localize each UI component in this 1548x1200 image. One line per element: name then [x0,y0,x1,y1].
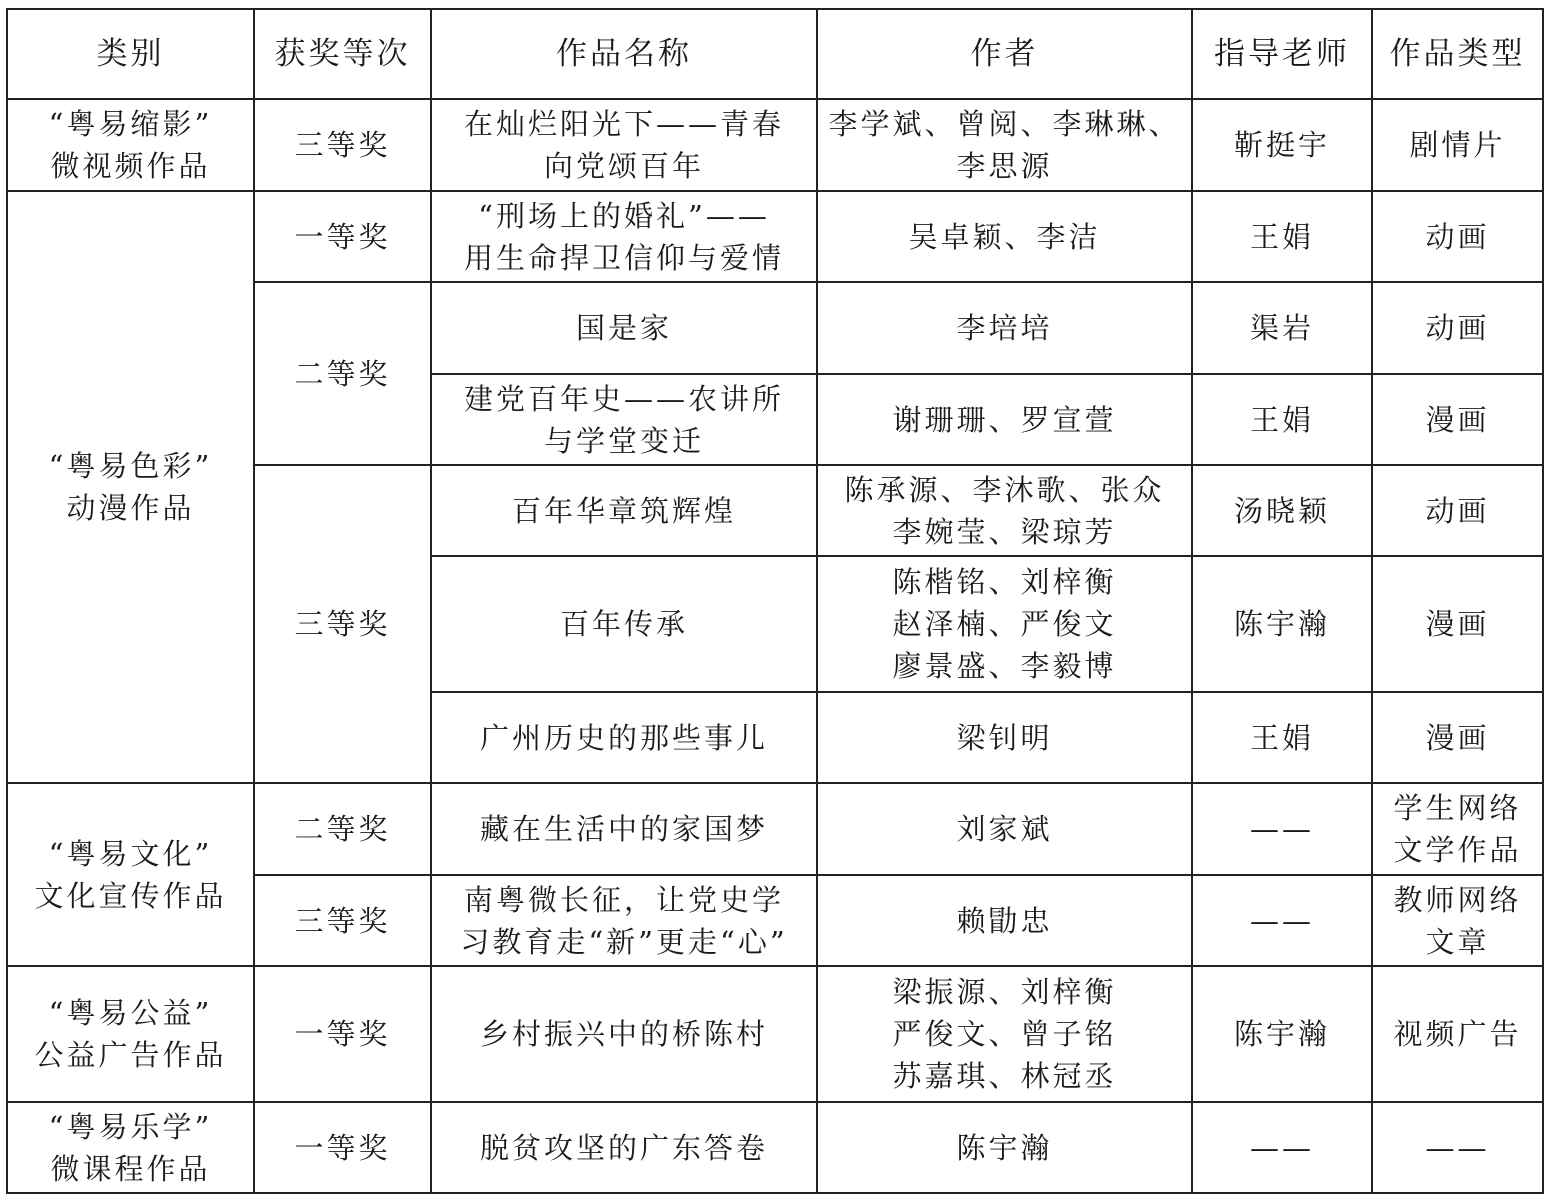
type-line: 动画 [1377,307,1538,349]
title-cell: 脱贫攻坚的广东答卷 [431,1102,817,1193]
authors-line: 陈楷铭、刘梓衡 [822,561,1187,603]
table-row: “粤易文化” 文化宣传作品 二等奖 藏在生活中的家国梦 刘家斌 —— 学生网络 … [7,783,1543,875]
title-line: 藏在生活中的家国梦 [436,808,812,850]
header-award: 获奖等次 [254,9,431,99]
authors-line: 梁钊明 [822,717,1187,759]
award-cell: 二等奖 [254,282,431,465]
advisor-cell: —— [1192,875,1372,966]
title-cell: 在灿烂阳光下——青春 向党颂百年 [431,99,817,191]
authors-cell: 赖勖忠 [817,875,1192,966]
type-line: 漫画 [1377,717,1538,759]
authors-cell: 陈宇瀚 [817,1102,1192,1193]
authors-line: 廖景盛、李毅博 [822,645,1187,687]
type-line: 文章 [1377,921,1538,963]
authors-line: 谢珊珊、罗宣萱 [822,399,1187,441]
authors-cell: 李学斌、曾阅、李琳琳、 李思源 [817,99,1192,191]
type-cell: —— [1372,1102,1543,1193]
award-cell: 三等奖 [254,875,431,966]
title-line: “刑场上的婚礼”—— [436,195,812,237]
authors-cell: 李培培 [817,282,1192,374]
title-cell: “刑场上的婚礼”—— 用生命捍卫信仰与爱情 [431,191,817,282]
authors-line: 刘家斌 [822,808,1187,850]
title-cell: 藏在生活中的家国梦 [431,783,817,875]
type-line: 教师网络 [1377,879,1538,921]
authors-cell: 陈承源、李沐歌、张众 李婉莹、梁琼芳 [817,465,1192,556]
type-line: 动画 [1377,216,1538,258]
header-category: 类别 [7,9,254,99]
title-line: 百年华章筑辉煌 [436,490,812,532]
type-cell: 漫画 [1372,692,1543,783]
title-cell: 百年华章筑辉煌 [431,465,817,556]
category-line: “粤易公益” [12,992,249,1034]
advisor-cell: —— [1192,1102,1372,1193]
title-line: 百年传承 [436,603,812,645]
advisor-cell: 汤晓颖 [1192,465,1372,556]
advisor-cell: 陈宇瀚 [1192,556,1372,692]
authors-cell: 刘家斌 [817,783,1192,875]
authors-line: 陈承源、李沐歌、张众 [822,469,1187,511]
category-line: 动漫作品 [12,487,249,529]
authors-line: 吴卓颖、李洁 [822,216,1187,258]
award-cell: 一等奖 [254,191,431,282]
authors-line: 李思源 [822,145,1187,187]
title-line: 建党百年史——农讲所 [436,378,812,420]
authors-line: 严俊文、曾子铭 [822,1013,1187,1055]
advisor-cell: 靳挺宇 [1192,99,1372,191]
title-line: 向党颂百年 [436,145,812,187]
header-row: 类别 获奖等次 作品名称 作者 指导老师 作品类型 [7,9,1543,99]
type-cell: 教师网络 文章 [1372,875,1543,966]
table-row: “粤易公益” 公益广告作品 一等奖 乡村振兴中的桥陈村 梁振源、刘梓衡 严俊文、… [7,966,1543,1102]
title-line: 广州历史的那些事儿 [436,717,812,759]
category-line: “粤易乐学” [12,1106,249,1148]
authors-line: 李培培 [822,307,1187,349]
title-line: 脱贫攻坚的广东答卷 [436,1127,812,1169]
advisor-cell: 王娟 [1192,191,1372,282]
type-line: —— [1377,1127,1538,1169]
type-line: 剧情片 [1377,124,1538,166]
authors-cell: 吴卓颖、李洁 [817,191,1192,282]
authors-cell: 谢珊珊、罗宣萱 [817,374,1192,465]
category-line: 公益广告作品 [12,1034,249,1076]
category-line: “粤易文化” [12,833,249,875]
table-row: “粤易乐学” 微课程作品 一等奖 脱贫攻坚的广东答卷 陈宇瀚 —— —— [7,1102,1543,1193]
advisor-cell: 渠岩 [1192,282,1372,374]
type-line: 漫画 [1377,603,1538,645]
title-line: 南粤微长征，让党史学 [436,879,812,921]
category-line: “粤易缩影” [12,103,249,145]
category-line: “粤易色彩” [12,445,249,487]
award-cell: 三等奖 [254,99,431,191]
type-cell: 动画 [1372,191,1543,282]
type-line: 动画 [1377,490,1538,532]
awards-table: 类别 获奖等次 作品名称 作者 指导老师 作品类型 “粤易缩影” 微视频作品 三… [6,8,1544,1194]
category-cell: “粤易文化” 文化宣传作品 [7,783,254,966]
type-cell: 剧情片 [1372,99,1543,191]
authors-cell: 陈楷铭、刘梓衡 赵泽楠、严俊文 廖景盛、李毅博 [817,556,1192,692]
authors-line: 李婉莹、梁琼芳 [822,511,1187,553]
advisor-cell: 王娟 [1192,374,1372,465]
header-advisor: 指导老师 [1192,9,1372,99]
header-title: 作品名称 [431,9,817,99]
category-line: 文化宣传作品 [12,875,249,917]
type-line: 漫画 [1377,399,1538,441]
table-row: “粤易缩影” 微视频作品 三等奖 在灿烂阳光下——青春 向党颂百年 李学斌、曾阅… [7,99,1543,191]
category-cell: “粤易公益” 公益广告作品 [7,966,254,1102]
type-cell: 动画 [1372,465,1543,556]
category-cell: “粤易色彩” 动漫作品 [7,191,254,783]
type-cell: 漫画 [1372,556,1543,692]
authors-cell: 梁钊明 [817,692,1192,783]
authors-line: 陈宇瀚 [822,1127,1187,1169]
authors-cell: 梁振源、刘梓衡 严俊文、曾子铭 苏嘉琪、林冠丞 [817,966,1192,1102]
award-cell: 一等奖 [254,1102,431,1193]
title-line: 习教育走“新”更走“心” [436,921,812,963]
advisor-cell: 陈宇瀚 [1192,966,1372,1102]
type-cell: 学生网络 文学作品 [1372,783,1543,875]
category-cell: “粤易乐学” 微课程作品 [7,1102,254,1193]
header-type: 作品类型 [1372,9,1543,99]
title-line: 在灿烂阳光下——青春 [436,103,812,145]
category-line: 微课程作品 [12,1148,249,1190]
award-cell: 二等奖 [254,783,431,875]
category-line: 微视频作品 [12,145,249,187]
authors-line: 赖勖忠 [822,900,1187,942]
header-authors: 作者 [817,9,1192,99]
award-cell: 一等奖 [254,966,431,1102]
title-cell: 国是家 [431,282,817,374]
advisor-cell: 王娟 [1192,692,1372,783]
award-cell: 三等奖 [254,465,431,783]
title-line: 国是家 [436,307,812,349]
type-cell: 漫画 [1372,374,1543,465]
advisor-cell: —— [1192,783,1372,875]
title-line: 乡村振兴中的桥陈村 [436,1013,812,1055]
title-line: 用生命捍卫信仰与爱情 [436,237,812,279]
authors-line: 苏嘉琪、林冠丞 [822,1055,1187,1097]
authors-line: 梁振源、刘梓衡 [822,971,1187,1013]
type-line: 视频广告 [1377,1013,1538,1055]
title-cell: 广州历史的那些事儿 [431,692,817,783]
title-line: 与学堂变迁 [436,420,812,462]
title-cell: 乡村振兴中的桥陈村 [431,966,817,1102]
type-cell: 动画 [1372,282,1543,374]
title-cell: 建党百年史——农讲所 与学堂变迁 [431,374,817,465]
authors-line: 赵泽楠、严俊文 [822,603,1187,645]
table-row: “粤易色彩” 动漫作品 一等奖 “刑场上的婚礼”—— 用生命捍卫信仰与爱情 吴卓… [7,191,1543,282]
type-line: 学生网络 [1377,787,1538,829]
title-cell: 南粤微长征，让党史学 习教育走“新”更走“心” [431,875,817,966]
category-cell: “粤易缩影” 微视频作品 [7,99,254,191]
authors-line: 李学斌、曾阅、李琳琳、 [822,103,1187,145]
type-line: 文学作品 [1377,829,1538,871]
type-cell: 视频广告 [1372,966,1543,1102]
title-cell: 百年传承 [431,556,817,692]
